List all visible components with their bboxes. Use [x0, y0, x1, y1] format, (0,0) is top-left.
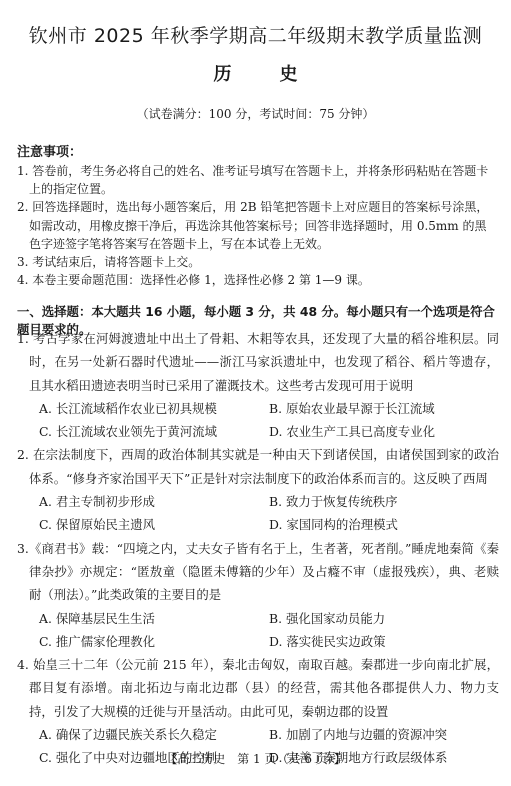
exam-meta: （试卷满分：100 分，考试时间：75 分钟） — [0, 106, 511, 122]
question-stem: 2. 在宗法制度下，西周的政治体制其实就是一种由天下到诸侯国，由诸侯国到家的政治… — [17, 443, 499, 490]
option-b: B. 致力于恢复传统秩序 — [269, 490, 511, 513]
option-grid: A. 保障基层民生生活 B. 强化国家动员能力 C. 推广儒家伦理教化 D. 落… — [17, 607, 499, 654]
note-item: 2. 回答选择题时，选出每小题答案后，用 2B 铅笔把答题卡上对应题目的答案标号… — [17, 198, 497, 253]
notes-list: 1. 答卷前，考生务必将自己的姓名、准考证号填写在答题卡上，并将条形码粘贴在答题… — [17, 162, 497, 289]
subject-char-2: 史 — [280, 63, 298, 87]
subject-title: 历史 — [0, 63, 511, 87]
question-2: 2. 在宗法制度下，西周的政治体制其实就是一种由天下到诸侯国，由诸侯国到家的政治… — [17, 443, 499, 536]
question-3: 3.《商君书》载：“四境之内，丈夫女子皆有名于上，生者著，死者削。”睡虎地秦简《… — [17, 537, 499, 653]
option-a: A. 君主专制初步形成 — [39, 490, 269, 513]
option-a: A. 长江流域稻作农业已初具规模 — [39, 397, 269, 420]
option-c: C. 长江流域农业领先于黄河流域 — [39, 420, 269, 443]
option-d: D. 落实徙民实边政策 — [269, 630, 511, 653]
option-a: A. 保障基层民生生活 — [39, 607, 269, 630]
question-stem: 3.《商君书》载：“四境之内，丈夫女子皆有名于上，生者著，死者削。”睡虎地秦简《… — [17, 537, 499, 607]
option-b: B. 强化国家动员能力 — [269, 607, 511, 630]
question-list: 1. 考古学家在河姆渡遗址中出土了骨耜、木耜等农具，还发现了大量的稻谷堆积层。同… — [17, 327, 499, 770]
option-a: A. 确保了边疆民族关系长久稳定 — [39, 723, 269, 746]
option-c: C. 保留原始民主遗风 — [39, 513, 269, 536]
option-b: B. 加剧了内地与边疆的资源冲突 — [269, 723, 511, 746]
note-item: 1. 答卷前，考生务必将自己的姓名、准考证号填写在答题卡上，并将条形码粘贴在答题… — [17, 162, 497, 198]
option-grid: A. 长江流域稻作农业已初具规模 B. 原始农业最早源于长江流域 C. 长江流域… — [17, 397, 499, 444]
question-stem: 4. 始皇三十二年（公元前 215 年），秦北击匈奴，南取百越。秦郡进一步向南北… — [17, 653, 499, 723]
question-stem: 1. 考古学家在河姆渡遗址中出土了骨耜、木耜等农具，还发现了大量的稻谷堆积层。同… — [17, 327, 499, 397]
notes-heading: 注意事项： — [17, 144, 82, 162]
subject-char-1: 历 — [214, 63, 232, 87]
question-1: 1. 考古学家在河姆渡遗址中出土了骨耜、木耜等农具，还发现了大量的稻谷堆积层。同… — [17, 327, 499, 443]
option-d: D. 农业生产工具已高度专业化 — [269, 420, 511, 443]
option-b: B. 原始农业最早源于长江流域 — [269, 397, 511, 420]
note-item: 3. 考试结束后，请将答题卡上交。 — [17, 253, 497, 271]
option-grid: A. 君主专制初步形成 B. 致力于恢复传统秩序 C. 保留原始民主遗风 D. … — [17, 490, 499, 537]
page-footer: 【高二历史 第 1 页（共 6 页）】 — [0, 751, 511, 767]
option-d: D. 家国同构的治理模式 — [269, 513, 511, 536]
exam-page: 钦州市 2025 年秋季学期高二年级期末教学质量监测 历史 （试卷满分：100 … — [0, 0, 511, 786]
note-item: 4. 本卷主要命题范围：选择性必修 1，选择性必修 2 第 1—9 课。 — [17, 271, 497, 289]
option-c: C. 推广儒家伦理教化 — [39, 630, 269, 653]
exam-title: 钦州市 2025 年秋季学期高二年级期末教学质量监测 — [0, 24, 511, 48]
